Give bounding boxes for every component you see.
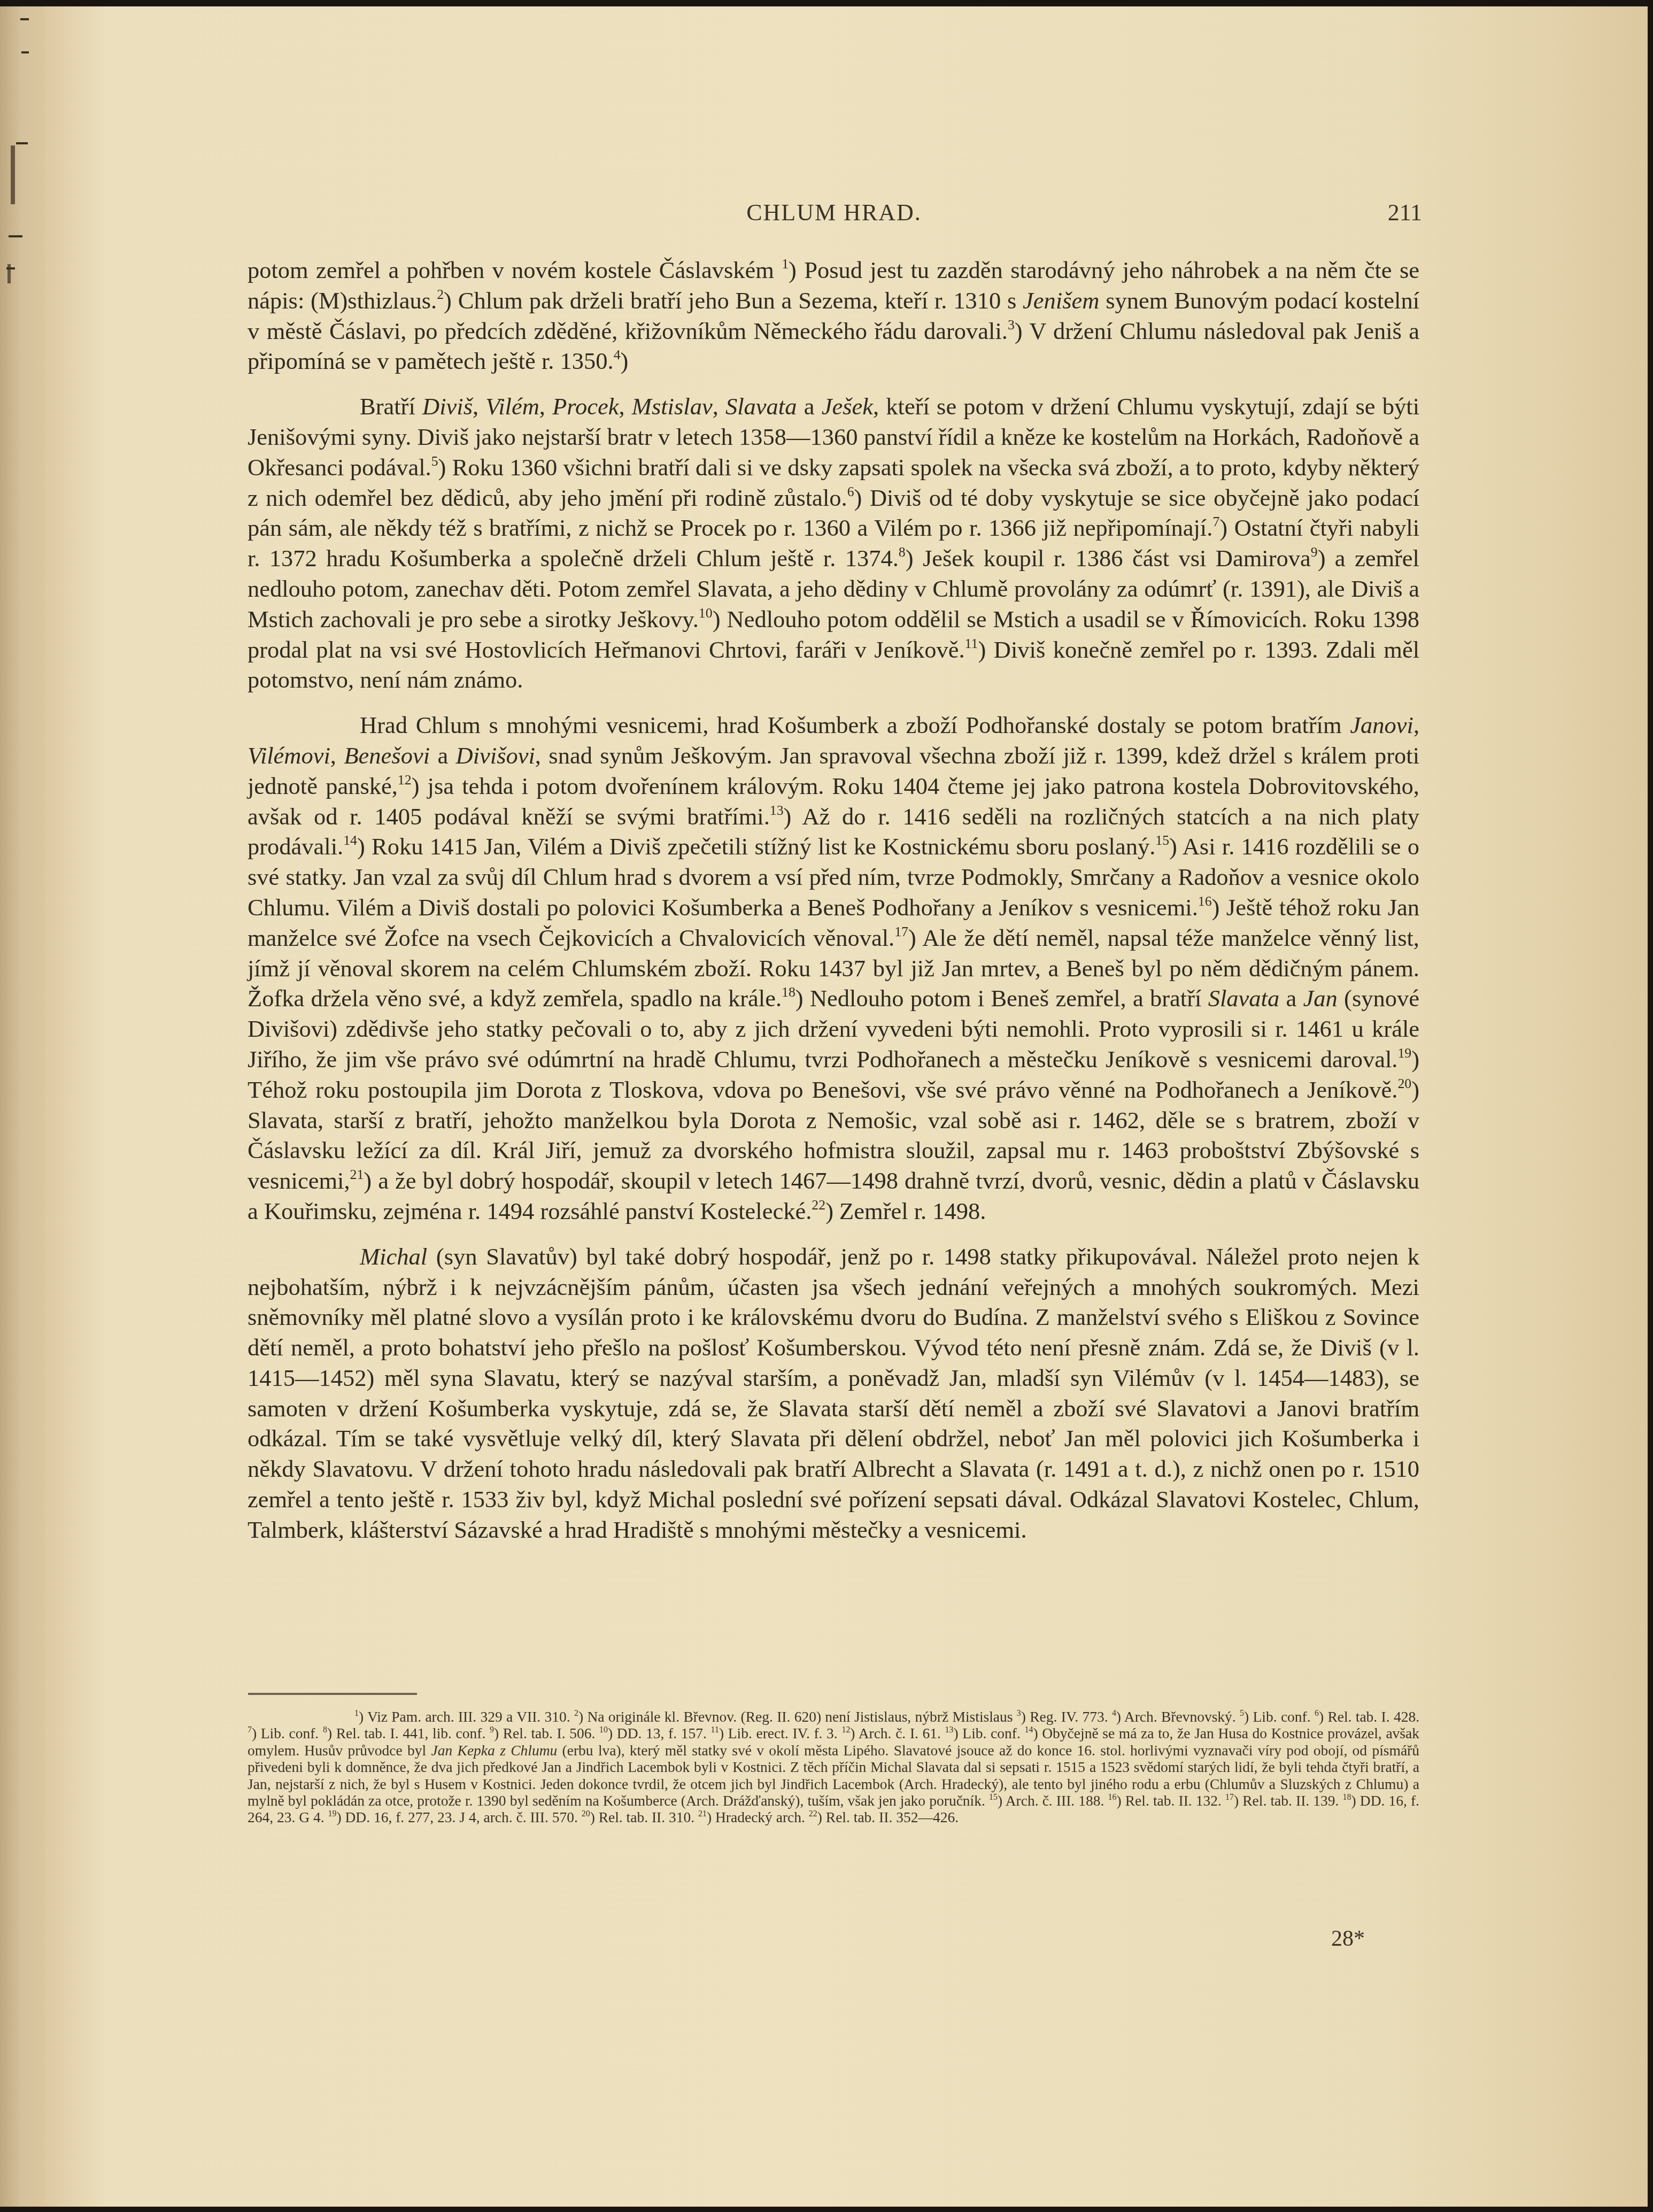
footnote-ref: 20 — [1397, 1076, 1411, 1091]
italic-name: Benešovi — [344, 742, 430, 769]
paragraph: potom zemřel a pohřben v novém kostele Č… — [248, 255, 1419, 376]
italic-name: Janovi — [1350, 712, 1413, 738]
italic-name: Diviš — [422, 393, 473, 420]
footnote-ref: 12 — [841, 1725, 850, 1735]
footnote-ref: 15 — [1155, 833, 1169, 848]
page-number: 211 — [1388, 199, 1422, 226]
footnote-ref: 1 — [782, 256, 789, 272]
gutter-shadow — [0, 6, 48, 2207]
italic-name: Mstislav — [632, 393, 713, 420]
footnote-ref: 17 — [894, 924, 908, 939]
gutter-tab-mark — [9, 235, 22, 237]
footnote-ref: 7 — [248, 1725, 252, 1735]
gutter-tab-mark — [6, 267, 15, 269]
footnote-ref: 22 — [812, 1197, 825, 1213]
footnote-ref: 4 — [1112, 1709, 1116, 1718]
footnote-ref: 21 — [698, 1809, 707, 1818]
footnote-ref: 9 — [490, 1725, 494, 1735]
footnote-ref: 6 — [847, 484, 854, 499]
footnote-ref: 4 — [614, 347, 621, 363]
gutter-tab-mark — [20, 18, 29, 20]
footnote-ref: 2 — [574, 1709, 578, 1718]
footnote-ref: 12 — [398, 772, 412, 788]
footnote-ref: 8 — [323, 1725, 327, 1735]
italic-name: Procek — [552, 393, 619, 420]
paragraph: Bratří Diviš, Vilém, Procek, Mstislav, S… — [248, 391, 1419, 695]
paragraph: Hrad Chlum s mnohými vesnicemi, hrad Koš… — [248, 710, 1419, 1227]
footnote-ref: 16 — [1198, 893, 1212, 909]
footnote-ref: 10 — [699, 605, 713, 621]
footnote-ref: 5 — [1240, 1709, 1244, 1718]
italic-name: Slavata — [725, 393, 797, 420]
footnote-ref: 13 — [945, 1725, 954, 1735]
footnote-ref: 22 — [809, 1809, 817, 1818]
footnote-block: 1) Viz Pam. arch. III. 329 a VII. 310. 2… — [248, 1708, 1419, 1826]
footnote-ref: 6 — [1315, 1709, 1319, 1718]
book-page: CHLUM HRAD. 211 potom zemřel a pohřben v… — [0, 6, 1648, 2207]
gutter-tab-mark — [16, 142, 28, 144]
body-text: potom zemřel a pohřben v novém kostele Č… — [248, 255, 1419, 1545]
footnote-ref: 3 — [1017, 1709, 1021, 1718]
italic-name: Vilémovi — [248, 742, 330, 769]
page-title: CHLUM HRAD. — [246, 199, 1422, 226]
footnote-ref: 21 — [350, 1167, 364, 1182]
italic-name: Slavata — [1208, 985, 1279, 1012]
gutter-tab-mark — [11, 145, 15, 204]
footnote-ref: 2 — [437, 287, 444, 302]
footnote-ref: 13 — [770, 802, 784, 818]
italic-name: Jan Kepka z Chlumu — [431, 1742, 558, 1759]
gutter-tab-mark — [21, 51, 29, 53]
italic-name: Divišovi — [456, 742, 535, 769]
footnote-ref: 17 — [1225, 1793, 1234, 1802]
running-header: CHLUM HRAD. 211 — [246, 199, 1422, 231]
footnote-ref: 16 — [1108, 1793, 1117, 1802]
footnote-ref: 5 — [431, 453, 438, 469]
footnote-ref: 11 — [965, 636, 978, 651]
footnotes: 1) Viz Pam. arch. III. 329 a VII. 310. 2… — [248, 1708, 1419, 1826]
italic-name: Vilém — [485, 393, 539, 420]
footnote-ref: 18 — [1343, 1793, 1351, 1802]
footnote-ref: 19 — [1397, 1045, 1411, 1061]
italic-name: Michal — [360, 1243, 427, 1270]
footnote-ref: 18 — [782, 984, 795, 1000]
footnote-ref: 7 — [1212, 514, 1219, 529]
footnote-ref: 14 — [343, 833, 357, 848]
footnote-ref: 19 — [328, 1809, 337, 1818]
footnote-ref: 10 — [599, 1725, 608, 1735]
footnote-ref: 14 — [1024, 1725, 1033, 1735]
footnote-ref: 1 — [354, 1709, 359, 1718]
signature-mark: 28* — [1331, 1926, 1365, 1952]
italic-name: Jenišem — [1023, 287, 1099, 314]
paragraph: Michal (syn Slavatův) byl také dobrý hos… — [248, 1242, 1419, 1545]
footnote-ref: 20 — [582, 1809, 590, 1818]
italic-name: Ješek — [822, 393, 873, 420]
footnote-ref: 3 — [1008, 317, 1015, 333]
footnote-ref: 11 — [711, 1725, 719, 1735]
footnote-ref: 15 — [989, 1793, 998, 1802]
footnote-ref: 8 — [899, 544, 906, 560]
footnote-ref: 9 — [1311, 544, 1318, 560]
footnote-separator — [248, 1693, 417, 1695]
italic-name: Jan — [1303, 985, 1338, 1012]
